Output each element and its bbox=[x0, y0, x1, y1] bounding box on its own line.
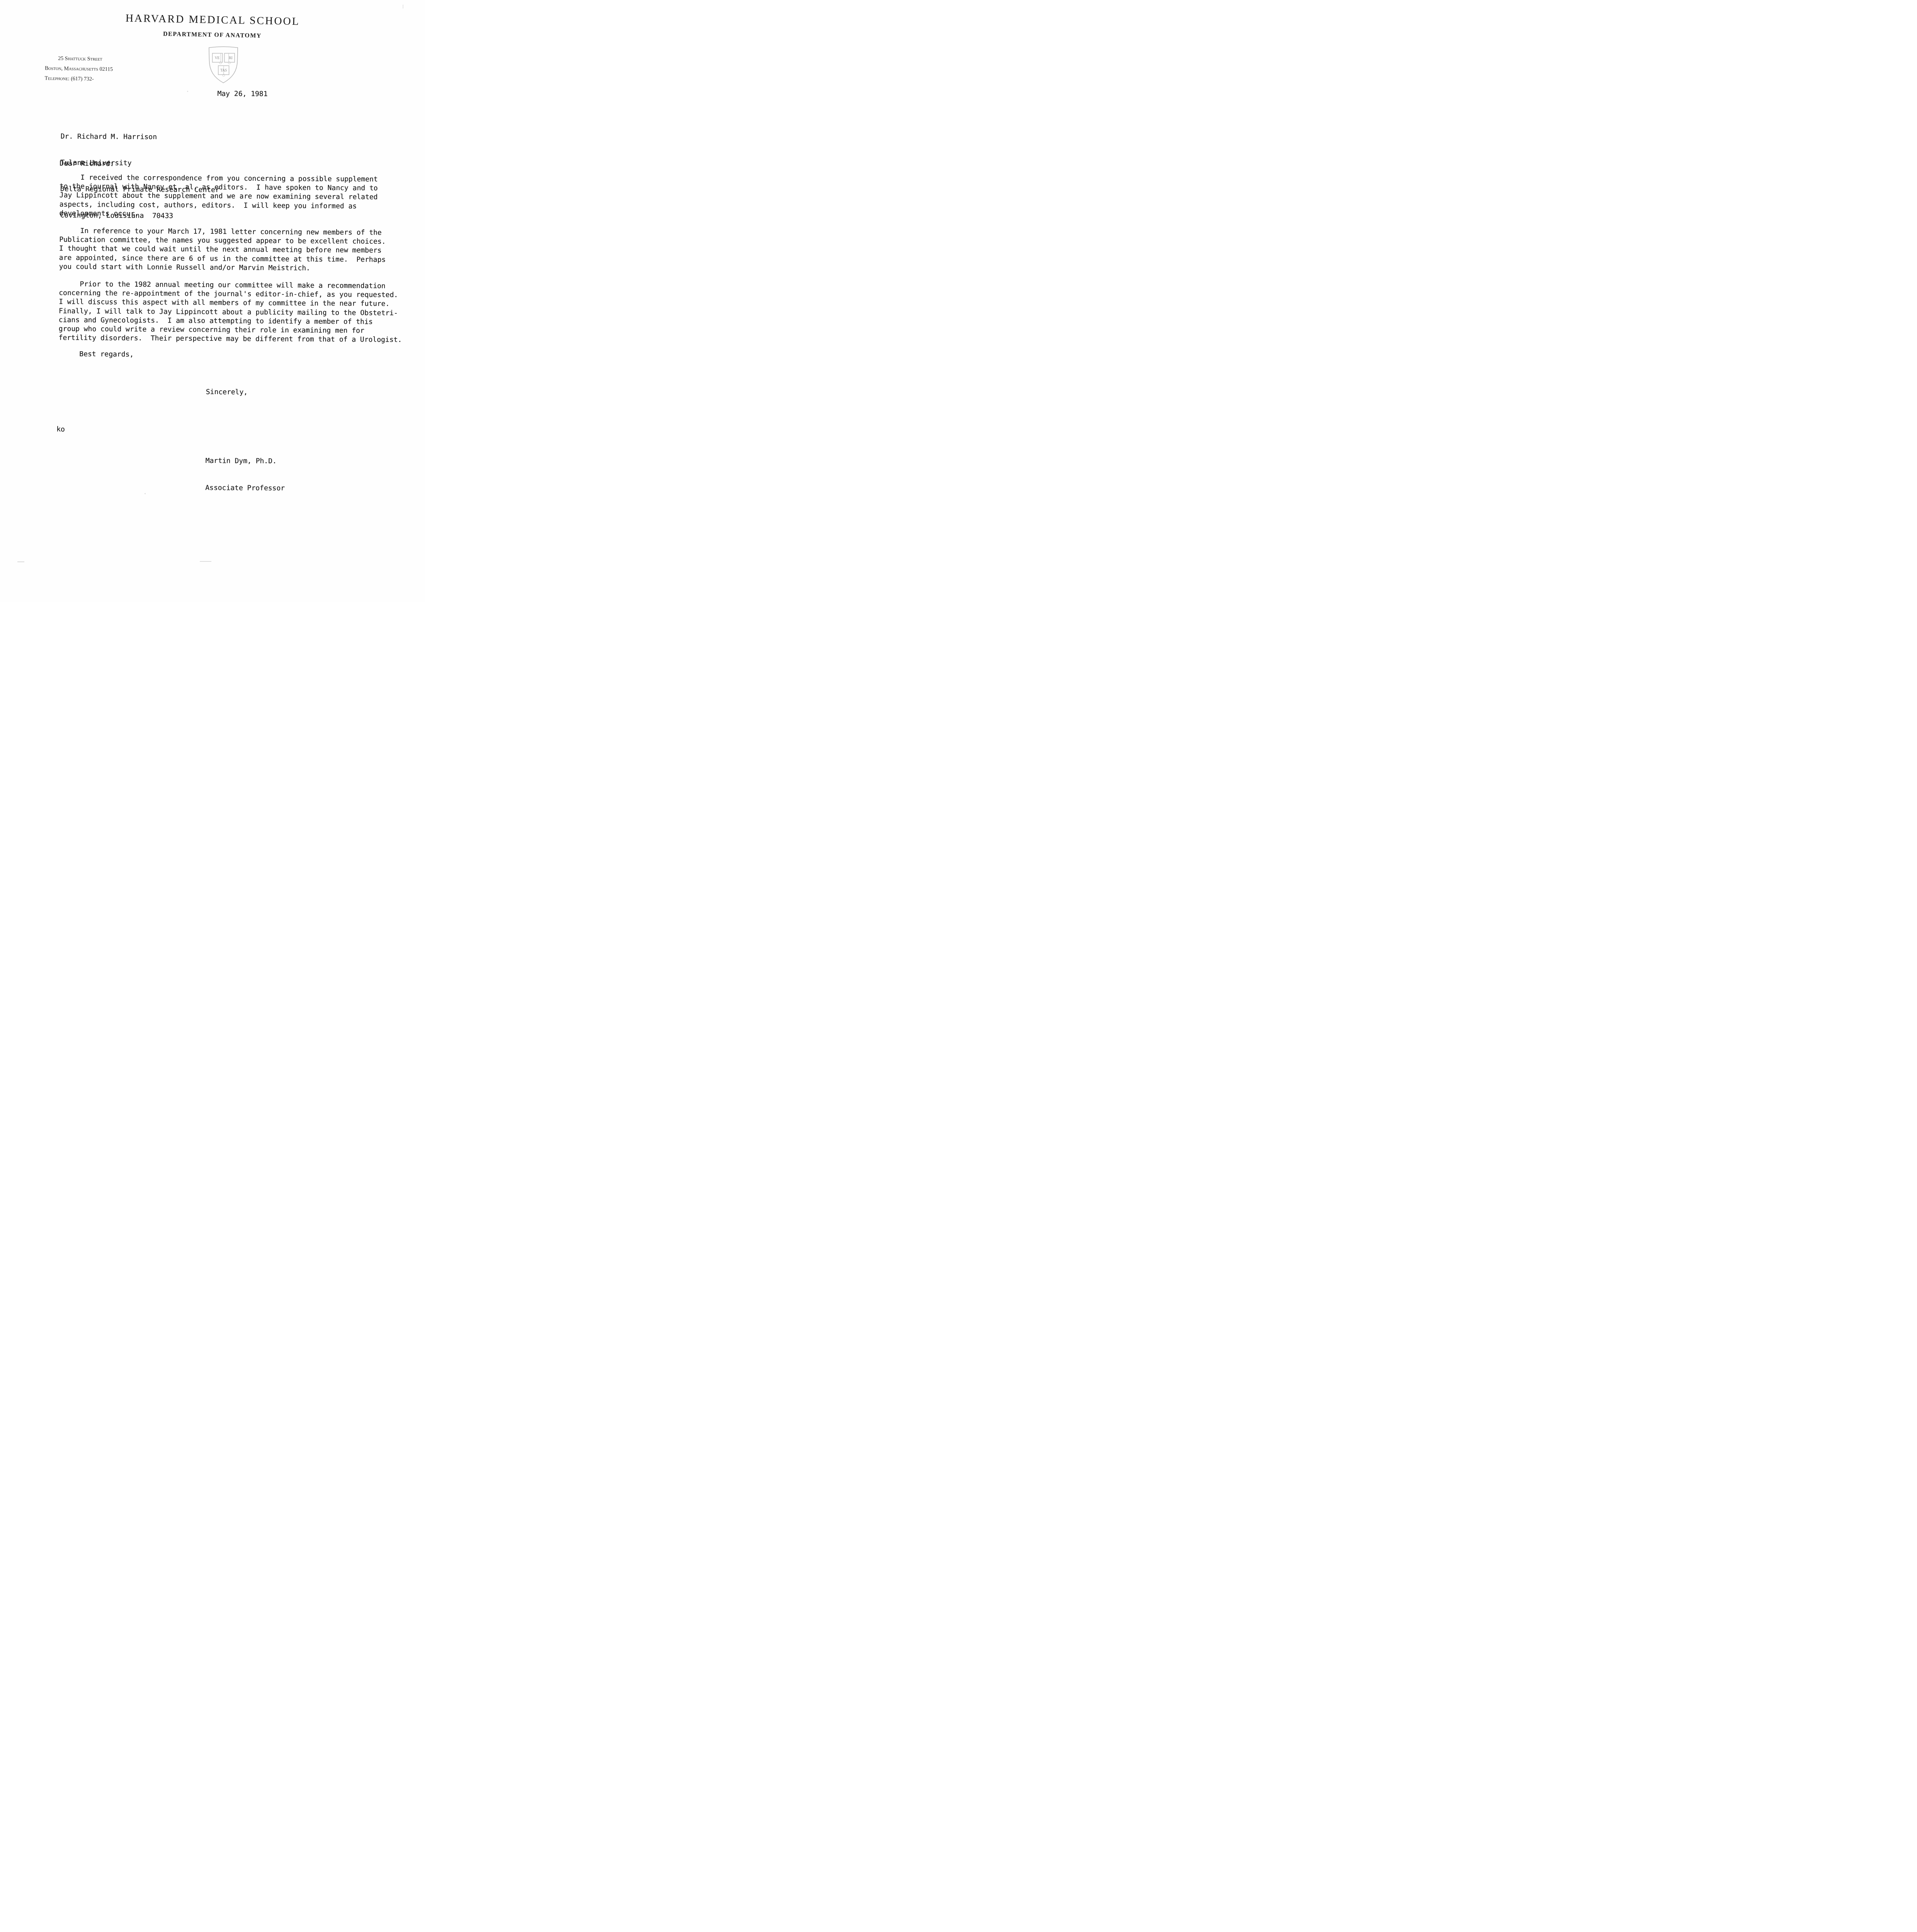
signature-block: Sincerely, Martin Dym, Ph.D. Associate P… bbox=[205, 370, 286, 511]
letter-page: HARVARD MEDICAL SCHOOL DEPARTMENT OF ANA… bbox=[0, 0, 425, 602]
closing-regards: Best regards, bbox=[79, 350, 134, 359]
typist-initials: ko bbox=[56, 425, 65, 434]
scan-artifact bbox=[187, 91, 188, 92]
recipient-name: Dr. Richard M. Harrison bbox=[61, 133, 220, 142]
scan-artifact bbox=[200, 561, 211, 562]
body-paragraph-2: In reference to your March 17, 1981 lett… bbox=[59, 226, 423, 274]
scan-artifact bbox=[145, 493, 146, 494]
closing-sincerely: Sincerely, bbox=[206, 388, 286, 397]
signature-space bbox=[206, 415, 285, 439]
signatory-title: Associate Professor bbox=[205, 483, 285, 493]
salutation: Dear Richard: bbox=[60, 159, 114, 168]
letter-body: I received the correspondence from you c… bbox=[58, 173, 423, 353]
typed-content: May 26, 1981 Dr. Richard M. Harrison Tul… bbox=[0, 0, 425, 602]
scan-artifact bbox=[403, 5, 403, 9]
scan-artifact bbox=[17, 561, 24, 562]
date-line: May 26, 1981 bbox=[217, 89, 267, 99]
body-paragraph-1: I received the correspondence from you c… bbox=[60, 173, 423, 220]
body-paragraph-3: Prior to the 1982 annual meeting our com… bbox=[59, 280, 422, 345]
signatory-name: Martin Dym, Ph.D. bbox=[206, 456, 285, 466]
